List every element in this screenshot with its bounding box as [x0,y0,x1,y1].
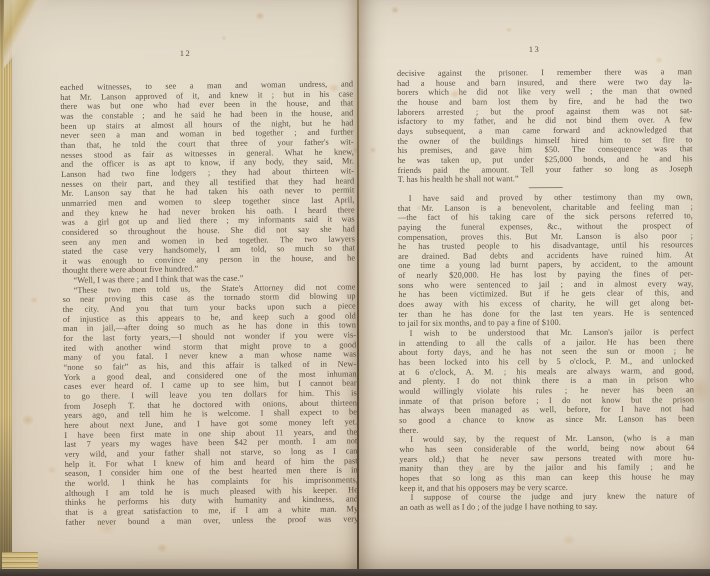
section-divider [528,187,562,188]
book-photo: 12 eached witnesses, to see a man and wo… [0,0,710,576]
book-page-left: 12 eached witnesses, to see a man and wo… [12,0,359,569]
page-text-right: decisive against the prisoner. I remembe… [397,67,695,512]
book-page-right: 13 decisive against the prisoner. I reme… [359,0,710,569]
text-line: an oath as well as I do ; of the judge I… [400,501,695,512]
photo-bottom-edge [0,569,710,576]
page-text-left: eached witnesses, to see a man and woman… [60,79,358,527]
page-number-right: 13 [359,45,710,54]
page-number-left: 12 [12,49,359,58]
text-line: so good a chance to know as since Mr. La… [399,414,694,425]
page-edge-stack-left [0,0,12,576]
text-line: hopes that so long as this man can keep … [399,472,694,483]
page-edge-stack-bottom [2,552,38,570]
text-line: T. has his health he shall not want.” [398,173,693,184]
